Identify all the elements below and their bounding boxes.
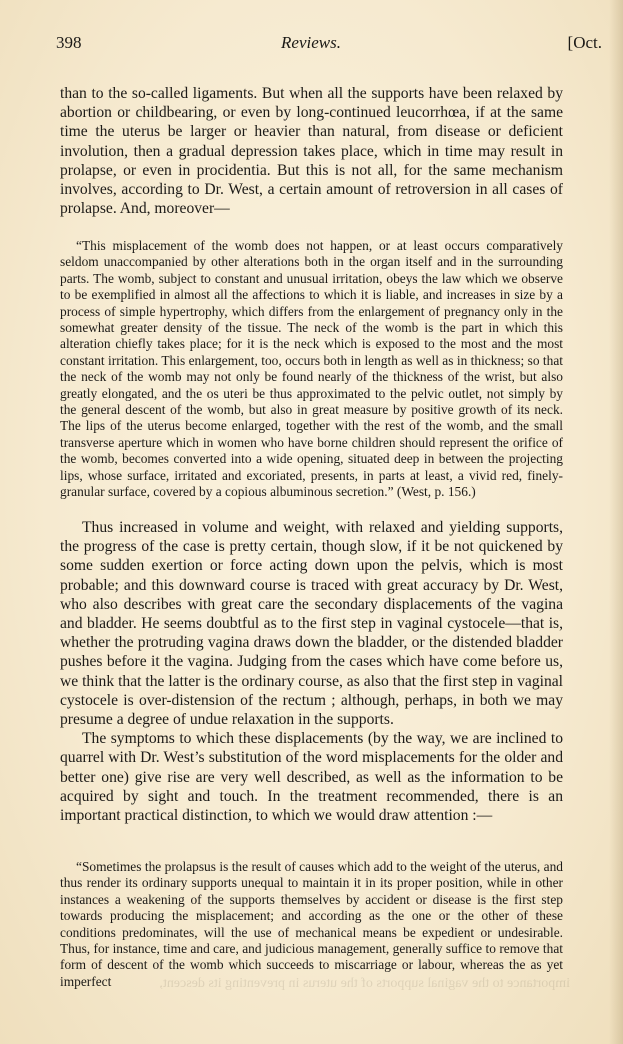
section-3: Thus increased in volume and weight, wit… [60,518,563,825]
block-quote: “This misplacement of the womb does not … [60,238,563,501]
body-paragraph: The symptoms to which these displacement… [60,729,563,825]
body-paragraph: Thus increased in volume and weight, wit… [60,518,563,729]
running-month: [Oct. [568,33,602,53]
section-2: “This misplacement of the womb does not … [60,238,563,501]
section-1: than to the so-called ligaments. But whe… [60,84,563,218]
running-title: Reviews. [56,33,566,53]
book-page: 398 Reviews. [Oct. than to the so-called… [0,0,623,1044]
block-quote: “Sometimes the prolapsus is the result o… [60,859,563,990]
show-through-text: importance to the vaginal supports of th… [60,976,570,992]
body-paragraph: than to the so-called ligaments. But whe… [60,84,563,218]
section-4: “Sometimes the prolapsus is the result o… [60,859,563,990]
running-head: 398 Reviews. [Oct. [56,33,566,55]
page-edge-shadow [609,0,623,1044]
